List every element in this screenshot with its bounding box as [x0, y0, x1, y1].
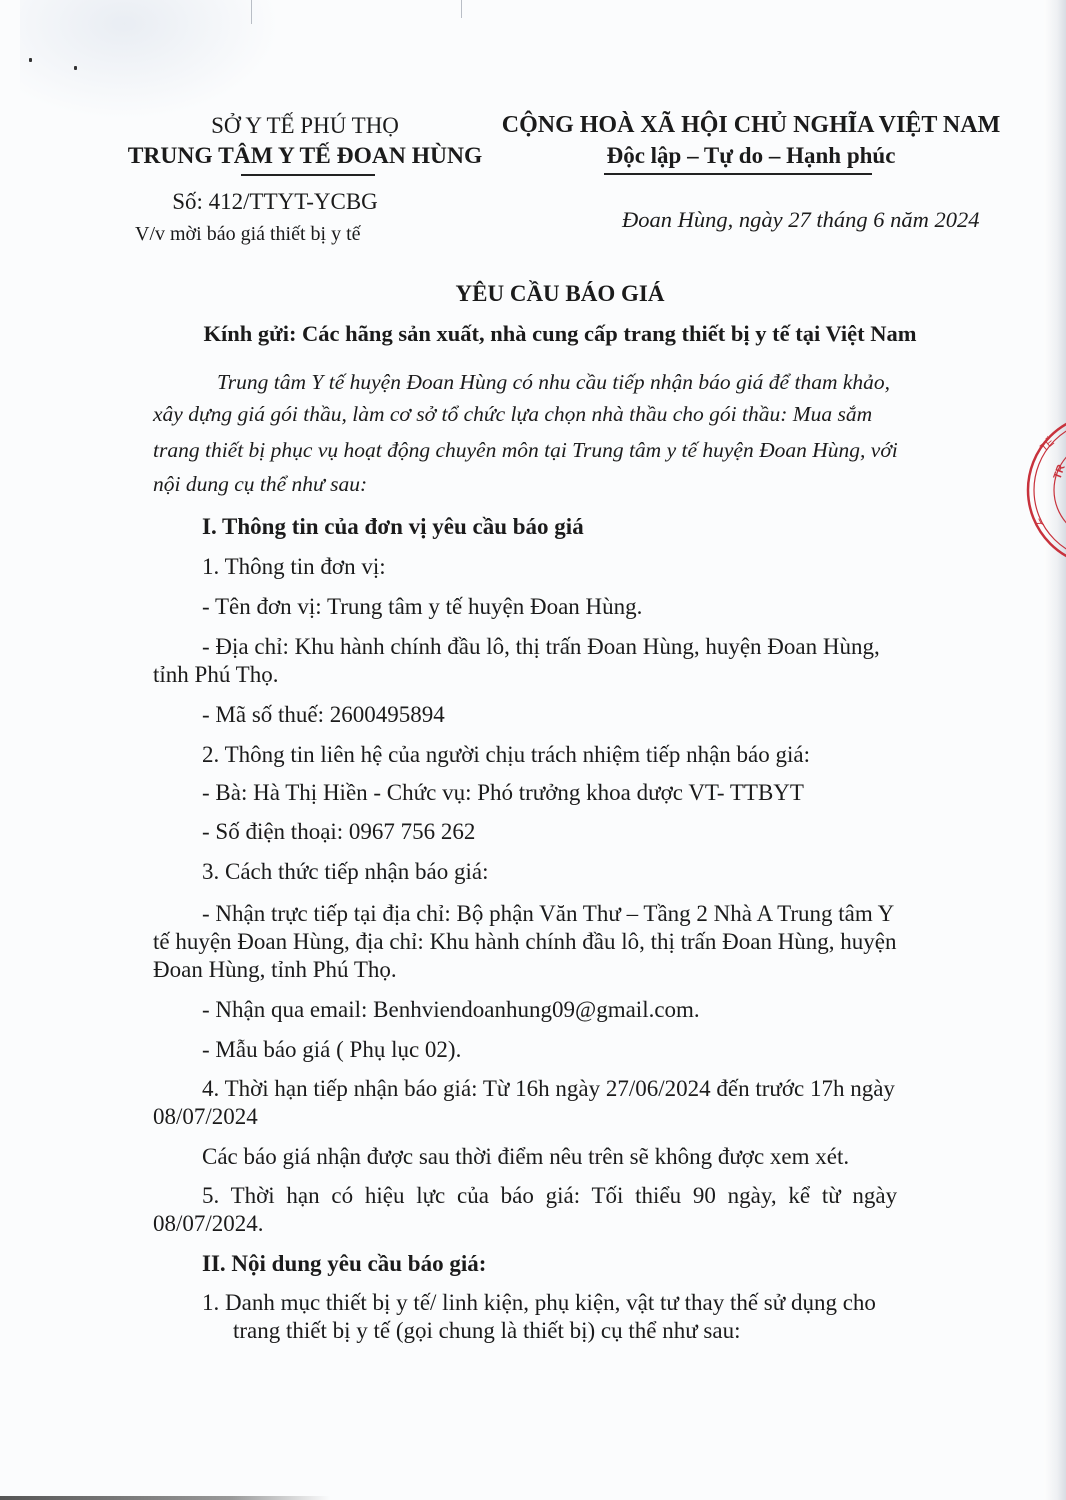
scan-mark [461, 0, 462, 18]
receive-heading: 3. Cách thức tiếp nhận báo giá: [202, 858, 488, 886]
agency-name: SỞ Y TẾ PHÚ THỌ [100, 112, 510, 140]
recipient-line: Kính gửi: Các hãng sản xuất, nhà cung cấ… [140, 320, 980, 348]
intro-line: trang thiết bị phục vụ hoạt động chuyên … [153, 436, 898, 464]
unit-address: - Địa chỉ: Khu hành chính đầu lô, thị tr… [202, 633, 880, 661]
late-notice: Các báo giá nhận được sau thời điểm nêu … [202, 1143, 849, 1171]
organization-name: TRUNG TÂM Y TẾ ĐOAN HÙNG [72, 142, 538, 170]
section1-heading: I. Thông tin của đơn vị yêu cầu báo giá [202, 513, 584, 541]
contact-heading: 2. Thông tin liên hệ của người chịu trác… [202, 741, 810, 769]
validity: 5. Thời hạn có hiệu lực của báo giá: Tối… [202, 1182, 897, 1210]
receive-email[interactable]: - Nhận qua email: Benhviendoanhung09@gma… [202, 996, 700, 1024]
contact-person: - Bà: Hà Thị Hiền - Chức vụ: Phó trưởng … [202, 779, 804, 807]
tax-code: - Mã số thuế: 2600495894 [202, 701, 445, 729]
intro-line: nội dung cụ thể như sau: [153, 470, 367, 498]
place-date: Đoan Hùng, ngày 27 tháng 6 năm 2024 [622, 206, 979, 234]
scan-speck [74, 66, 77, 70]
scan-speck [29, 58, 32, 62]
receive-direct-cont: Đoan Hùng, tỉnh Phú Thọ. [153, 956, 397, 984]
section2-heading: II. Nội dung yêu cầu báo giá: [202, 1250, 486, 1278]
document-title: YÊU CẦU BÁO GIÁ [140, 280, 980, 308]
validity-cont: 08/07/2024. [153, 1210, 264, 1238]
receive-direct: - Nhận trực tiếp tại địa chỉ: Bộ phận Vă… [202, 900, 894, 928]
intro-line: Trung tâm Y tế huyện Đoan Hùng có nhu cầ… [217, 368, 890, 396]
deadline-cont: 08/07/2024 [153, 1103, 258, 1131]
scan-mark [251, 0, 252, 24]
scan-bottom-edge [0, 1496, 330, 1500]
page-right-edge [1044, 0, 1066, 1500]
intro-line: xây dựng giá gói thầu, làm cơ sở tổ chức… [153, 400, 872, 428]
deadline: 4. Thời hạn tiếp nhận báo giá: Từ 16h ng… [202, 1075, 895, 1103]
svg-text:TR: TR [1052, 463, 1066, 481]
national-motto: Độc lập – Tự do – Hạnh phúc [478, 142, 1024, 170]
official-stamp-icon: Y TẾ TR [1022, 410, 1066, 570]
section2-item1: 1. Danh mục thiết bị y tế/ linh kiện, ph… [202, 1289, 876, 1317]
document-subject: V/v mời báo giá thiết bị y tế [135, 220, 361, 248]
unit-address-cont: tỉnh Phú Thọ. [153, 661, 278, 689]
contact-phone: - Số điện thoại: 0967 756 262 [202, 818, 475, 846]
svg-text:TẾ: TẾ [1038, 435, 1057, 454]
scan-shading [20, 0, 280, 120]
document-number: Số: 412/TTYT-YCBG [100, 188, 450, 216]
section2-item1-cont: trang thiết bị y tế (gọi chung là thiết … [233, 1317, 740, 1345]
document-page: SỞ Y TẾ PHÚ THỌ TRUNG TÂM Y TẾ ĐOAN HÙNG… [0, 0, 1066, 1500]
motto-underline [604, 173, 872, 175]
unit-name: - Tên đơn vị: Trung tâm y tế huyện Đoan … [202, 593, 642, 621]
quote-template: - Mẫu báo giá ( Phụ lục 02). [202, 1036, 461, 1064]
unit-info-heading: 1. Thông tin đơn vị: [202, 553, 386, 581]
svg-text:Y: Y [1034, 517, 1048, 530]
receive-direct-cont: tế huyện Đoan Hùng, địa chỉ: Khu hành ch… [153, 928, 897, 956]
organization-underline [241, 174, 375, 176]
national-title: CỘNG HOÀ XÃ HỘI CHỦ NGHĨA VIỆT NAM [478, 111, 1024, 139]
